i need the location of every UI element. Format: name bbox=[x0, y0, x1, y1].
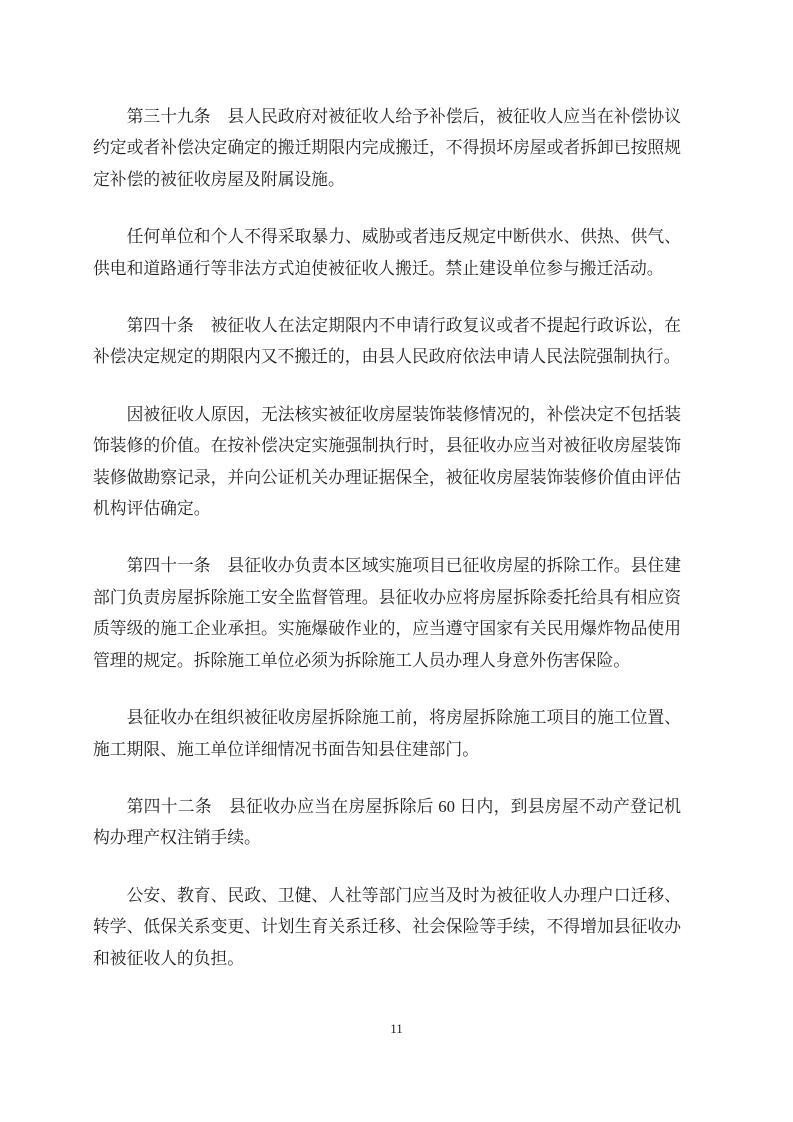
paragraph-article-41-continued: 县征收办在组织被征收房屋拆除施工前，将房屋拆除施工项目的施工位置、施工期限、施工… bbox=[93, 702, 681, 765]
paragraph-article-42: 第四十二条 县征收办应当在房屋拆除后 60 日内，到县房屋不动产登记机构办理产权… bbox=[93, 791, 681, 854]
page-number: 11 bbox=[0, 1021, 793, 1037]
paragraph-article-39-continued: 任何单位和个人不得采取暴力、威胁或者违反规定中断供水、供热、供气、供电和道路通行… bbox=[93, 221, 681, 284]
paragraph-article-41: 第四十一条 县征收办负责本区域实施项目已征收房屋的拆除工作。县住建部门负责房屋拆… bbox=[93, 550, 681, 676]
document-body: 第三十九条 县人民政府对被征收人给予补偿后，被征收人应当在补偿协议约定或者补偿决… bbox=[93, 101, 681, 1000]
paragraph-article-39: 第三十九条 县人民政府对被征收人给予补偿后，被征收人应当在补偿协议约定或者补偿决… bbox=[93, 101, 681, 195]
document-page: 第三十九条 县人民政府对被征收人给予补偿后，被征收人应当在补偿协议约定或者补偿决… bbox=[0, 0, 793, 1122]
paragraph-article-42-continued: 公安、教育、民政、卫健、人社等部门应当及时为被征收人办理户口迁移、转学、低保关系… bbox=[93, 880, 681, 974]
paragraph-article-40-continued: 因被征收人原因，无法核实被征收房屋装饰装修情况的，补偿决定不包括装饰装修的价值。… bbox=[93, 399, 681, 525]
paragraph-article-40: 第四十条 被征收人在法定期限内不申请行政复议或者不提起行政诉讼，在补偿决定规定的… bbox=[93, 310, 681, 373]
